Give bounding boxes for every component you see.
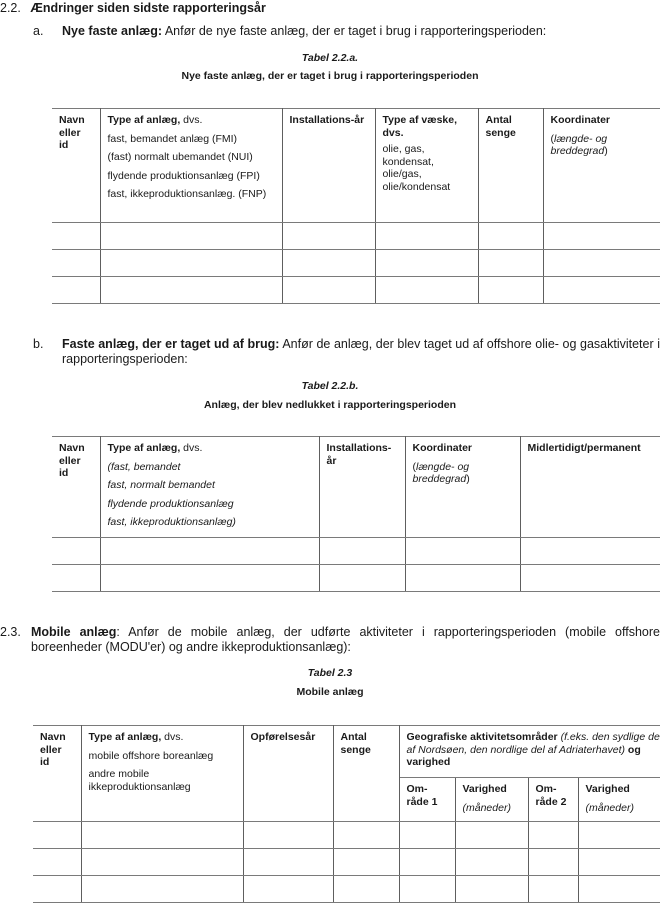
cell[interactable] bbox=[375, 223, 478, 250]
cell[interactable] bbox=[333, 876, 399, 903]
header-navn: Navn eller id bbox=[52, 109, 100, 223]
section-number: 2.2. bbox=[0, 1, 21, 15]
table-header-row: Navn eller id Type af anlæg, dvs. (fast,… bbox=[52, 437, 660, 538]
header-installation: Installations-år bbox=[319, 437, 405, 538]
table-row bbox=[33, 876, 660, 903]
section-2-3-lead: Mobile anlæg bbox=[31, 625, 116, 639]
table-2-2-b: Navn eller id Type af anlæg, dvs. (fast,… bbox=[52, 436, 660, 592]
table-row bbox=[33, 849, 660, 876]
cell[interactable] bbox=[52, 538, 100, 565]
cell[interactable] bbox=[405, 565, 520, 592]
section-2-3-paragraph: Mobile anlæg: Anfør de mobile anlæg, der… bbox=[31, 625, 660, 655]
cell[interactable] bbox=[33, 876, 81, 903]
item-marker-a: a. bbox=[33, 24, 43, 39]
cell[interactable] bbox=[52, 250, 100, 277]
cell[interactable] bbox=[528, 849, 578, 876]
cell[interactable] bbox=[52, 277, 100, 304]
cell[interactable] bbox=[528, 876, 578, 903]
cell[interactable] bbox=[543, 223, 660, 250]
item-a-lead: Nye faste anlæg: bbox=[62, 24, 162, 38]
table-header-row: Navn eller id Type af anlæg, dvs. fast, … bbox=[52, 109, 660, 223]
cell[interactable] bbox=[455, 822, 528, 849]
cell[interactable] bbox=[478, 250, 543, 277]
cell[interactable] bbox=[528, 822, 578, 849]
header-fluid: Type af væske, dvs. olie, gas, kondensat… bbox=[375, 109, 478, 223]
cell[interactable] bbox=[282, 250, 375, 277]
cell[interactable] bbox=[333, 822, 399, 849]
cell[interactable] bbox=[455, 876, 528, 903]
item-marker-b: b. bbox=[33, 337, 43, 352]
cell[interactable] bbox=[52, 223, 100, 250]
section-2-3-text: : Anfør de mobile anlæg, der udførte akt… bbox=[31, 625, 660, 654]
cell[interactable] bbox=[100, 223, 282, 250]
header-status: Midlertidigt/permanent bbox=[520, 437, 660, 538]
header-area-2: Om-råde 2 bbox=[528, 778, 578, 822]
item-a-paragraph: Nye faste anlæg: Anfør de nye faste anlæ… bbox=[62, 24, 660, 39]
cell[interactable] bbox=[100, 565, 319, 592]
cell[interactable] bbox=[478, 223, 543, 250]
cell[interactable] bbox=[543, 250, 660, 277]
cell[interactable] bbox=[81, 849, 243, 876]
table-row bbox=[52, 223, 660, 250]
cell[interactable] bbox=[520, 565, 660, 592]
header-coords: Koordinater (længde- og breddegrad) bbox=[405, 437, 520, 538]
cell[interactable] bbox=[578, 822, 660, 849]
cell[interactable] bbox=[52, 565, 100, 592]
header-geo: Geografiske aktivitetsområder (f.eks. de… bbox=[399, 726, 660, 778]
table-row bbox=[52, 565, 660, 592]
section-number-2-3: 2.3. bbox=[0, 625, 21, 640]
cell[interactable] bbox=[243, 849, 333, 876]
cell[interactable] bbox=[543, 277, 660, 304]
table-2-3: Navn eller id Type af anlæg, dvs. mobile… bbox=[33, 725, 660, 903]
cell[interactable] bbox=[282, 277, 375, 304]
cell[interactable] bbox=[33, 849, 81, 876]
cell[interactable] bbox=[100, 538, 319, 565]
cell[interactable] bbox=[405, 538, 520, 565]
cell[interactable] bbox=[81, 876, 243, 903]
cell[interactable] bbox=[375, 250, 478, 277]
section-heading-2-2: 2.2. Ændringer siden sidste rapportering… bbox=[0, 1, 266, 15]
table-row bbox=[52, 538, 660, 565]
header-type: Type af anlæg, dvs. fast, bemandet anlæg… bbox=[100, 109, 282, 223]
table-2-3-caption: Tabel 2.3 bbox=[0, 667, 660, 679]
cell[interactable] bbox=[478, 277, 543, 304]
table-2-2-a-subcaption: Nye faste anlæg, der er taget i brug i r… bbox=[0, 70, 660, 82]
table-row bbox=[52, 250, 660, 277]
cell[interactable] bbox=[455, 849, 528, 876]
cell[interactable] bbox=[520, 538, 660, 565]
item-a-text: Anfør de nye faste anlæg, der er taget i… bbox=[162, 24, 546, 38]
item-b-lead: Faste anlæg, der er taget ud af brug: bbox=[62, 337, 279, 351]
cell[interactable] bbox=[333, 849, 399, 876]
cell[interactable] bbox=[282, 223, 375, 250]
cell[interactable] bbox=[375, 277, 478, 304]
cell[interactable] bbox=[399, 849, 455, 876]
header-installation: Installations-år bbox=[282, 109, 375, 223]
table-2-2-b-caption: Tabel 2.2.b. bbox=[0, 380, 660, 392]
item-b-paragraph: Faste anlæg, der er taget ud af brug: An… bbox=[62, 337, 660, 367]
header-area-1: Om-råde 1 bbox=[399, 778, 455, 822]
cell[interactable] bbox=[578, 849, 660, 876]
cell[interactable] bbox=[399, 876, 455, 903]
cell[interactable] bbox=[81, 822, 243, 849]
table-row bbox=[33, 822, 660, 849]
cell[interactable] bbox=[243, 822, 333, 849]
cell[interactable] bbox=[319, 538, 405, 565]
table-2-2-b-subcaption: Anlæg, der blev nedlukket i rapportering… bbox=[0, 399, 660, 411]
table-header-row: Navn eller id Type af anlæg, dvs. mobile… bbox=[33, 726, 660, 778]
header-navn: Navn eller id bbox=[52, 437, 100, 538]
header-beds: Antal senge bbox=[333, 726, 399, 822]
cell[interactable] bbox=[319, 565, 405, 592]
header-navn: Navn eller id bbox=[33, 726, 81, 822]
cell[interactable] bbox=[399, 822, 455, 849]
cell[interactable] bbox=[578, 876, 660, 903]
table-2-3-subcaption: Mobile anlæg bbox=[0, 686, 660, 698]
header-coords: Koordinater (længde- og breddegrad) bbox=[543, 109, 660, 223]
header-beds: Antal senge bbox=[478, 109, 543, 223]
cell[interactable] bbox=[33, 822, 81, 849]
header-duration-2: Varighed (måneder) bbox=[578, 778, 660, 822]
table-2-2-a-caption: Tabel 2.2.a. bbox=[0, 52, 660, 64]
header-built: Opførelsesår bbox=[243, 726, 333, 822]
header-duration-1: Varighed (måneder) bbox=[455, 778, 528, 822]
cell[interactable] bbox=[243, 876, 333, 903]
table-2-2-a: Navn eller id Type af anlæg, dvs. fast, … bbox=[52, 108, 660, 304]
header-type: Type af anlæg, dvs. mobile offshore bore… bbox=[81, 726, 243, 822]
section-title: Ændringer siden sidste rapporteringsår bbox=[30, 1, 265, 15]
cell[interactable] bbox=[100, 277, 282, 304]
cell[interactable] bbox=[100, 250, 282, 277]
header-type: Type af anlæg, dvs. (fast, bemandet fast… bbox=[100, 437, 319, 538]
table-row bbox=[52, 277, 660, 304]
